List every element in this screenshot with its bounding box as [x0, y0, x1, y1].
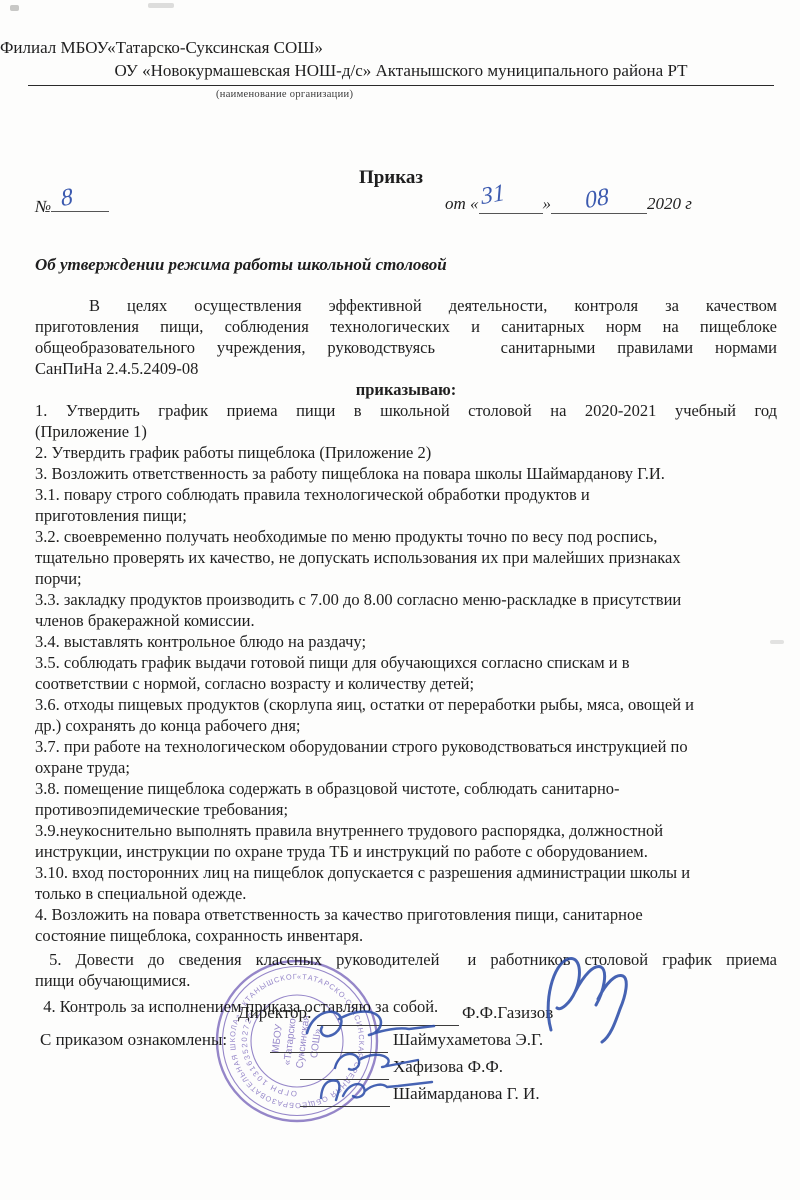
order-item-4: 4. Возложить на повара ответственность з… — [35, 904, 777, 946]
text-line: 3.1. повару строго соблюдать правила тех… — [35, 484, 777, 505]
date-prefix: от « — [445, 194, 479, 213]
text-line: 3.5. соблюдать график выдачи готовой пищ… — [35, 652, 777, 673]
order-item-3: 3. Возложить ответственность за работу п… — [35, 463, 777, 484]
text-line: 3.6. отходы пищевых продуктов (скорлупа … — [35, 694, 777, 715]
date-month-handwritten: 08 — [584, 184, 610, 216]
text-line: 4. Возложить на повара ответственность з… — [35, 904, 777, 925]
text-line: противоэпидемические требования; — [35, 799, 777, 820]
order-item-3.3: 3.3. закладку продуктов производить с 7.… — [35, 589, 777, 631]
text-line: СанПиНа 2.4.5.2409-08 — [35, 358, 777, 379]
text-line: 3. Возложить ответственность за работу п… — [35, 463, 777, 484]
number-value-handwritten: 8 — [60, 184, 74, 213]
order-item-3.1: 3.1. повару строго соблюдать правила тех… — [35, 484, 777, 526]
text-line: приготовления пищи; — [35, 505, 777, 526]
text-line: пищи обучающимися. — [35, 970, 777, 991]
acknowledged-label: С приказом ознакомлены: — [40, 1030, 227, 1050]
text-line: охране труда; — [35, 757, 777, 778]
order-title: Приказ — [0, 167, 782, 189]
org-name-line1: Филиал МБОУ«Татарско-Суксинская СОШ» — [0, 38, 780, 58]
text-line: только в специальной одежде. — [35, 883, 777, 904]
intro-paragraph: В целях осуществления эффективной деятел… — [35, 295, 777, 379]
date-day-handwritten: 31 — [480, 180, 506, 212]
text-line: состояние пищеблока, сохранность инвента… — [35, 925, 777, 946]
order-item-3.6: 3.6. отходы пищевых продуктов (скорлупа … — [35, 694, 777, 736]
text-line: 3.3. закладку продуктов производить с 7.… — [35, 589, 777, 610]
text-line: 3.9.неукоснительно выполнять правила вну… — [35, 820, 777, 841]
scan-artifact — [10, 5, 19, 11]
text-line: 3.10. вход посторонних лиц на пищеблок д… — [35, 862, 777, 883]
text-line: порчи; — [35, 568, 777, 589]
decree-word: приказываю: — [35, 379, 777, 400]
number-underline — [51, 194, 109, 212]
scanned-order-document: Филиал МБОУ«Татарско-Суксинская СОШ» ОУ … — [0, 0, 800, 1200]
text-line: 3.4. выставлять контрольное блюдо на раз… — [35, 631, 777, 652]
text-line: 2. Утвердить график работы пищеблока (Пр… — [35, 442, 777, 463]
text-line: 5. Довести до сведения классных руководи… — [35, 949, 777, 970]
text-line: инструкции, инструкции по охране труда Т… — [35, 841, 777, 862]
date-year: 2020 г — [647, 194, 692, 213]
svg-text:МБОУ: МБОУ — [270, 1023, 284, 1053]
order-item-3.7: 3.7. при работе на технологическом обору… — [35, 736, 777, 778]
order-item-3.9: 3.9.неукоснительно выполнять правила вну… — [35, 820, 777, 862]
org-caption: (наименование организации) — [216, 89, 353, 100]
text-line: 1. Утвердить график приема пищи в школьн… — [35, 400, 777, 421]
order-item-2: 2. Утвердить график работы пищеблока (Пр… — [35, 442, 777, 463]
order-item-3.8: 3.8. помещение пищеблока содержать в обр… — [35, 778, 777, 820]
order-item-3.4: 3.4. выставлять контрольное блюдо на раз… — [35, 631, 777, 652]
order-item-3.5: 3.5. соблюдать график выдачи готовой пищ… — [35, 652, 777, 694]
text-line: тщательно проверять их качество, не допу… — [35, 547, 777, 568]
order-items: 1. Утвердить график приема пищи в школьн… — [35, 400, 777, 1017]
text-line: (Приложение 1) — [35, 421, 777, 442]
order-item-3.10: 3.10. вход посторонних лиц на пищеблок д… — [35, 862, 777, 904]
order-item-5: 5. Довести до сведения классных руководи… — [35, 949, 777, 991]
date-close-quote: » — [543, 194, 552, 213]
text-line: соответствии с нормой, согласно возрасту… — [35, 673, 777, 694]
number-sign: № — [35, 197, 51, 216]
order-item-3.2: 3.2. своевременно получать необходимые п… — [35, 526, 777, 589]
text-line: В целях осуществления эффективной деятел… — [35, 295, 777, 316]
order-subject: Об утверждении режима работы школьной ст… — [35, 254, 777, 275]
ack-signature-3 — [312, 1073, 447, 1107]
director-signature — [535, 950, 665, 1045]
text-line: 3.7. при работе на технологическом обору… — [35, 736, 777, 757]
text-line: общеобразовательного учреждения, руковод… — [35, 337, 777, 358]
text-line: 3.8. помещение пищеблока содержать в обр… — [35, 778, 777, 799]
document-body: Об утверждении режима работы школьной ст… — [35, 254, 777, 1017]
order-item-1: 1. Утвердить график приема пищи в школьн… — [35, 400, 777, 442]
text-line: 3.2. своевременно получать необходимые п… — [35, 526, 777, 547]
text-line: др.) сохранять до конца рабочего дня; — [35, 715, 777, 736]
text-line: приготовления пищи, соблюдения технологи… — [35, 316, 777, 337]
scan-artifact — [148, 3, 174, 8]
org-name-line2: ОУ «Новокурмашевская НОШ-д/с» Актанышско… — [28, 61, 774, 86]
text-line: членов бракеражной комиссии. — [35, 610, 777, 631]
